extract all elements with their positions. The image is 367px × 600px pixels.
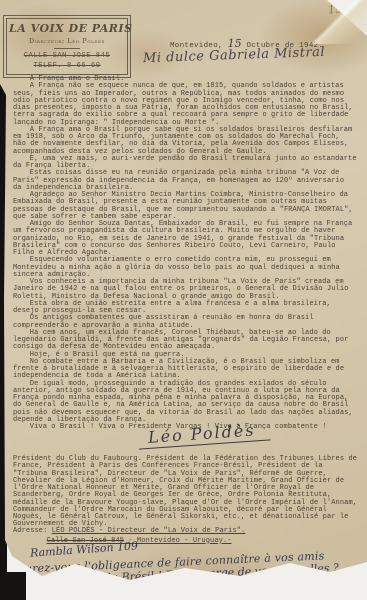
address-name-underlined: LÉO POLDÈS - Directeur de "La Voix de Pa… <box>52 527 246 535</box>
paragraph: A França não se esquece nunca de que, em… <box>13 83 357 127</box>
handwritten-note-initials: merci. L.P. <box>250 578 304 592</box>
credentials-paragraph: Président du Club du Faubourg. Président… <box>13 456 359 529</box>
paragraph: De igual modo, prosseguindo a tradição d… <box>13 381 357 425</box>
letterhead-phone-struck: TELEF. 8 66 60 <box>9 62 125 70</box>
letterhead-address-struck: CALLE SAN JOSE 845 <box>9 52 125 60</box>
letterhead-box: LA VOIX DE PARIS Directeur: Léo Poldès C… <box>3 15 131 78</box>
letterhead-ornament-rule <box>54 48 80 49</box>
scanned-letter-page: LA VOIX DE PARIS Directeur: Léo Poldès C… <box>0 0 367 600</box>
archive-number-annotation: 1599 <box>327 0 356 16</box>
paragraph: Estas coisas disse eu na reunião organiz… <box>13 170 357 192</box>
address-label: Adresse: <box>13 527 52 535</box>
paragraph: No combate entre a Barbaria e a Civiliza… <box>13 359 357 381</box>
paragraph: Os antigos combatentes que assistiram á … <box>13 315 357 330</box>
letterhead-inner-border: LA VOIX DE PARIS Directeur: Léo Poldès C… <box>6 18 128 75</box>
letter-paper: LA VOIX DE PARIS Directeur: Léo Poldès C… <box>0 0 367 600</box>
scan-background-edge-bottom-left <box>0 572 26 600</box>
paragraph: E, uma vez mais, o auri-verde pendão do … <box>13 156 357 171</box>
address-line-1: Adresse: LÉO POLDÈS - Directeur de "La V… <box>13 527 245 537</box>
paragraph: Ha cem anos, um exilado francês, Coronel… <box>13 330 357 352</box>
paragraph: Esquecendo voluntariamente o erro cometi… <box>13 257 357 279</box>
paragraph: Esta obra de união estreita entre a alma… <box>13 301 357 316</box>
paragraph: Agradeço ao Senhor Ministro Decio Martin… <box>13 192 357 221</box>
letterhead-director: Directeur: Léo Poldès <box>9 37 125 45</box>
letter-body: A França ama o Brasil. A França não se e… <box>13 76 357 431</box>
address-city-underlined: - Montevideo - Uruguay.- <box>124 537 232 545</box>
paragraph: Amigo do Senhor Souza Dantas, Embaixador… <box>13 221 357 257</box>
letterhead-title: LA VOIX DE PARIS <box>9 22 125 35</box>
paragraph: A França ama o Brasil porque sabe que si… <box>13 127 357 156</box>
paragraph: Vos conheceis a importancia da minha tri… <box>13 279 357 301</box>
